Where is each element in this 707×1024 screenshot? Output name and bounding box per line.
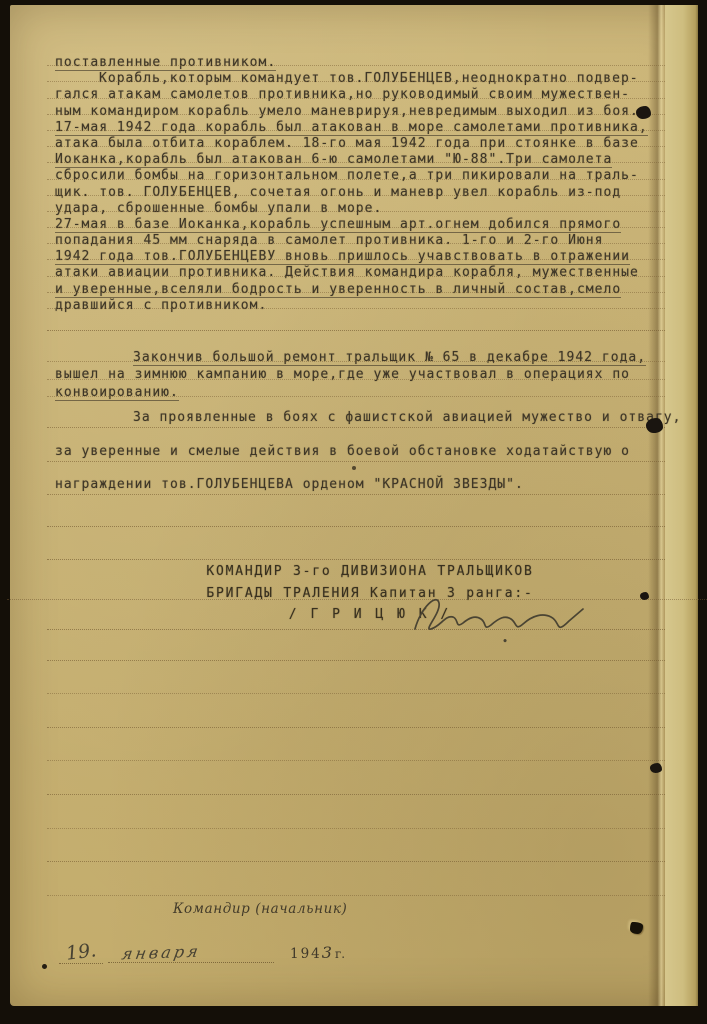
text-line: вышел на зимнюю кампанию в море,где уже … [55,363,661,380]
text-line: удара, сброшенные бомбы упали в море. [55,197,661,213]
ruled-line [47,795,665,829]
text-line: Закончив большой ремонт тральщик № 65 в … [55,346,661,363]
date-year-printed: 194 [290,946,322,962]
date-day: 19. [65,939,98,965]
text-line: гался атакам самолетов противника,но рук… [55,83,661,99]
ruled-line [47,518,665,527]
paper-right-edge [665,5,698,1006]
text-line: атаки авиации противника. Действия коман… [55,261,661,277]
scanned-document: поставленные противником. Корабль,которы… [0,0,707,1024]
ruled-line [47,829,665,863]
text-line: сбросили бомбы на горизонтальном полете,… [55,164,661,180]
ruled-line [47,627,665,661]
date-year-digit: 3 [322,943,332,962]
line-text: за уверенные и смелые действия в боевой … [55,444,630,459]
text-line: дравшийся с противником. [55,294,661,310]
date-year-suffix: г. [335,947,345,961]
text-line: поставленные противником. [55,51,661,67]
text-line: попадания 45 мм снаряда в самолет против… [55,229,661,245]
commander-role-label: Командир (начальник) [173,901,347,917]
text-line: 17-мая 1942 года корабль был атакован в … [55,116,661,132]
text-line: За проявленные в боях с фашистской авиац… [55,404,661,428]
ink-blot [646,418,663,433]
ink-blot [636,106,651,119]
ruled-line [47,862,665,896]
date-day-field: 19. [59,941,103,964]
text-line: ным командиром корабль умело маневрируя,… [55,100,661,116]
ink-blot [640,592,649,600]
paragraph-block-main: поставленные противником. Корабль,которы… [55,51,661,310]
ruled-line [47,761,665,795]
ink-blot [650,763,662,773]
text-line: 1942 года тов.ГОЛУБЕНЦЕВУ вновь пришлось… [55,245,661,261]
blank-ruled-area [55,627,661,896]
text-line: Корабль,которым командует тов.ГОЛУБЕНЦЕВ… [55,67,661,83]
text-line: конвоированию. [55,381,661,398]
text-line: награждении тов.ГОЛУБЕНЦЕВА орденом "КРА… [55,471,661,495]
ruled-line [47,322,665,331]
text-line: атака была отбита кораблем. 18-го мая 19… [55,132,661,148]
text-line: за уверенные и смелые действия в боевой … [55,438,661,462]
ink-speck [352,466,356,470]
text-line: и уверенные,вселяли бодрость и увереннос… [55,278,661,294]
page-content: поставленные противником. Корабль,которы… [55,5,661,1006]
text-line: Иоканка,корабль был атакован 6-ю самолет… [55,148,661,164]
ruled-line [47,551,665,560]
paragraph-block-refit: Закончив большой ремонт тральщик № 65 в … [55,346,661,398]
handwritten-date: 19.января1943г. [55,941,345,975]
signoff-title: КОМАНДИР 3-го ДИВИЗИОНА ТРАЛЬЩИКОВ [67,564,673,579]
text-line: 27-мая в базе Иоканка,корабль успешным а… [55,213,661,229]
line-text: награждении тов.ГОЛУБЕНЦЕВА орденом "КРА… [55,477,524,492]
ruled-line [47,694,665,728]
date-month-field: января [108,943,274,963]
text-line: щик. тов. ГОЛУБЕНЦЕВ, сочетая огонь и ма… [55,181,661,197]
paper-sheet: поставленные противником. Корабль,которы… [10,5,698,1006]
line-text: дравшийся с противником. [55,298,267,313]
line-text: За проявленные в боях с фашистской авиац… [55,410,682,425]
punch-hole [630,922,643,934]
date-month: января [120,942,202,964]
ruled-line [47,661,665,695]
line-text: конвоированию. [55,385,179,401]
ruled-line [47,728,665,762]
ink-speck [42,964,47,969]
